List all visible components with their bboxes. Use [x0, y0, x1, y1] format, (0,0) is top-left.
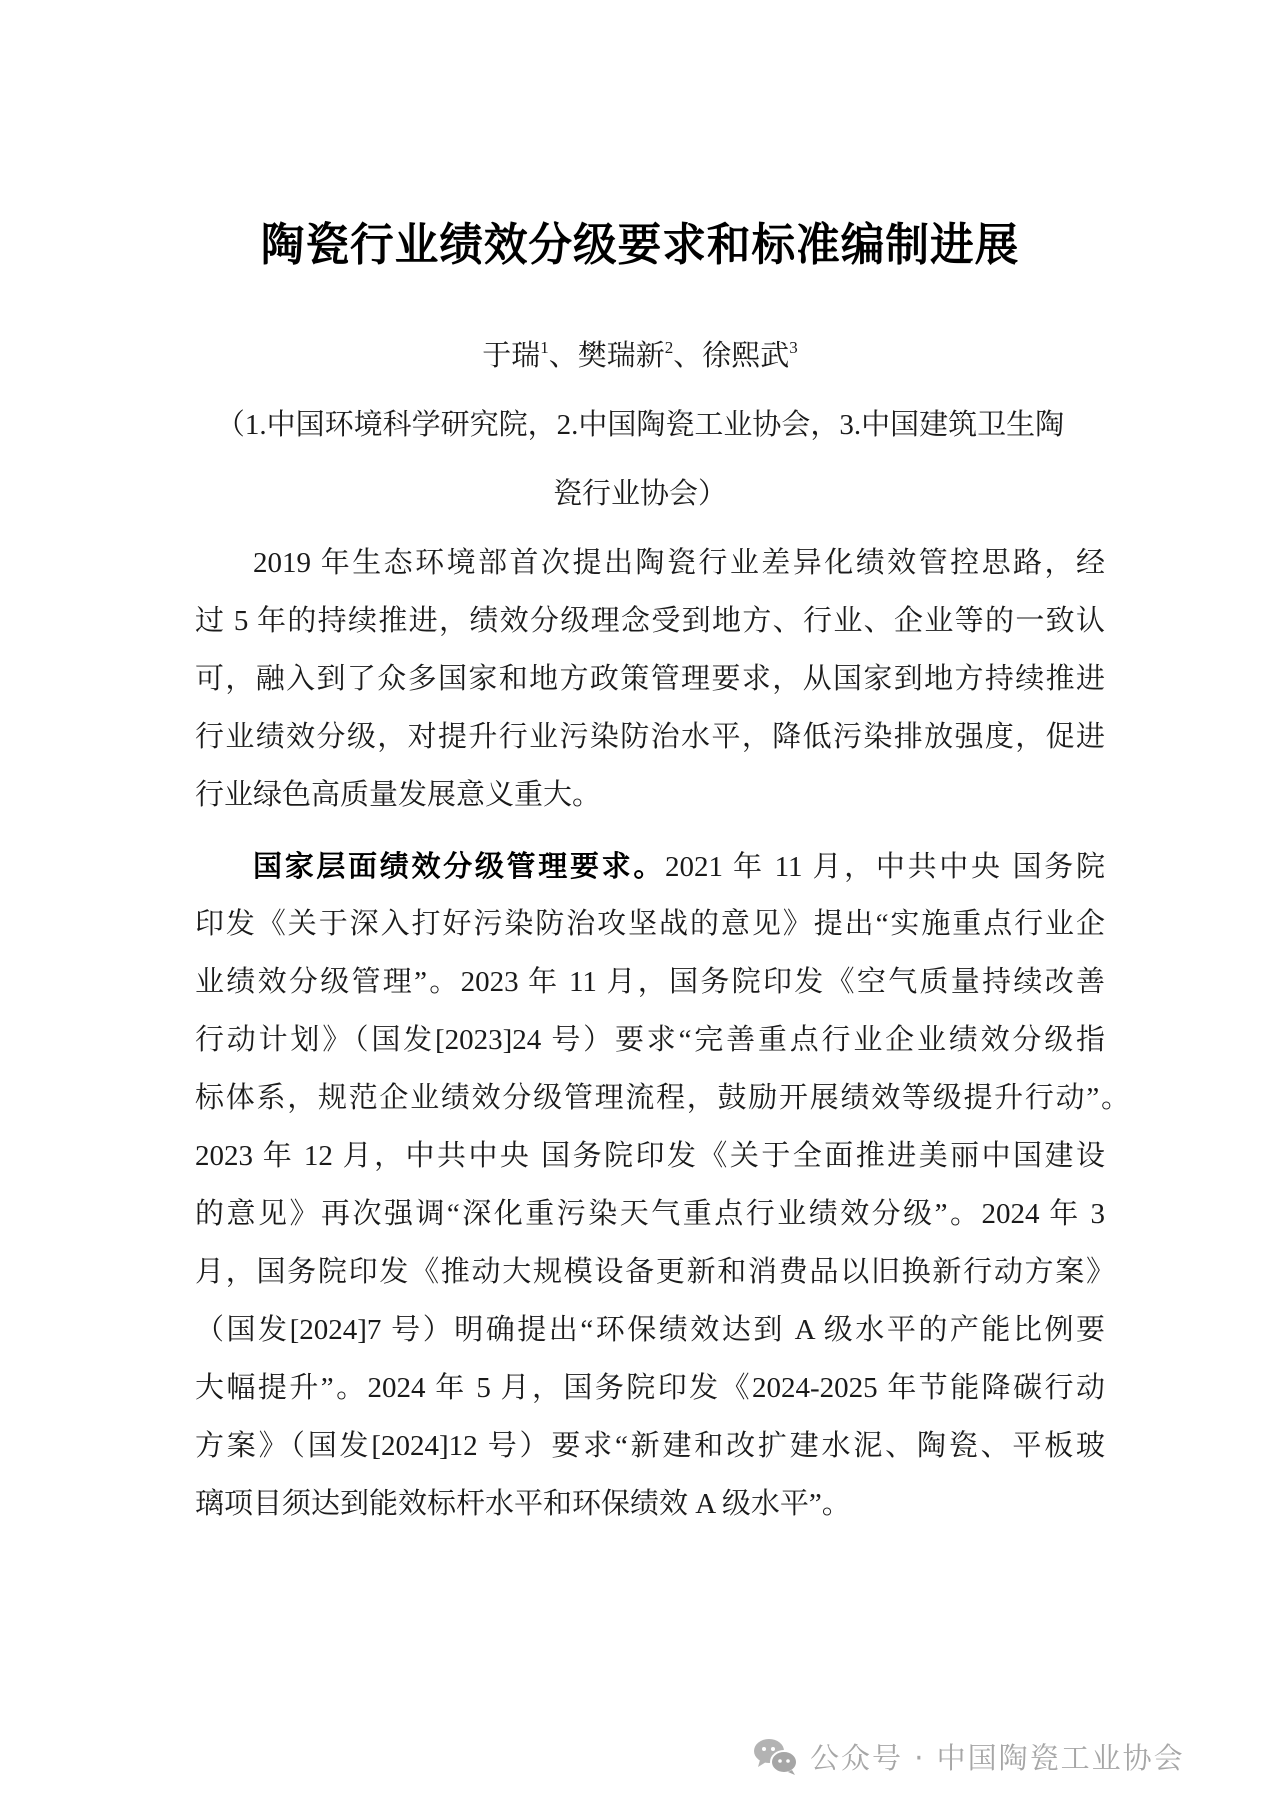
author-affiliation-marker: 1 [540, 338, 549, 357]
text-line: 2023 年 12 月，中共中央 国务院印发《关于全面推进美丽中国建设 [195, 1134, 1105, 1178]
text-line: 璃项目须达到能效标杆水平和环保绩效 A 级水平”。 [195, 1482, 1105, 1526]
author-separator: 、 [673, 340, 702, 372]
text-line: 印发《关于深入打好污染防治攻坚战的意见》提出“实施重点行业企 [195, 902, 1105, 946]
author-list: 于瑞1、樊瑞新2、徐熙武3 [0, 334, 1280, 378]
author-separator: 、 [549, 340, 578, 372]
article-title: 陶瓷行业绩效分级要求和标准编制进展 [19, 213, 1261, 277]
watermark-text: 公众号 · 中国陶瓷工业协会 [810, 1736, 1185, 1777]
text-line: 国家层面绩效分级管理要求。2021 年 11 月，中共中央 国务院 [253, 844, 1105, 889]
text-line: 2019 年生态环境部首次提出陶瓷行业差异化绩效管控思路，经 [253, 541, 1105, 585]
author-affiliation-marker: 2 [665, 338, 674, 357]
author-affiliation-marker: 3 [789, 338, 798, 357]
text-line: 行业绿色高质量发展意义重大。 [195, 773, 1105, 817]
text-line: 方案》（国发[2024]12 号）要求“新建和改扩建水泥、陶瓷、平板玻 [195, 1424, 1105, 1468]
author-name: 樊瑞新 [578, 340, 665, 372]
text-line: 月，国务院印发《推动大规模设备更新和消费品以旧换新行动方案》 [195, 1250, 1115, 1294]
author-name: 于瑞 [482, 340, 540, 372]
wechat-watermark: 公众号 · 中国陶瓷工业协会 [752, 1733, 1185, 1779]
text-line: （国发[2024]7 号）明确提出“环保绩效达到 A 级水平的产能比例要 [195, 1308, 1105, 1352]
wechat-icon [752, 1736, 800, 1776]
text-line: 行动计划》（国发[2023]24 号）要求“完善重点行业企业绩效分级指 [195, 1018, 1105, 1062]
affiliations-line-1: （1.中国环境科学研究院，2.中国陶瓷工业协会，3.中国建筑卫生陶 [0, 403, 1280, 447]
text-line: 行业绩效分级，对提升行业污染防治水平，降低污染排放强度，促进 [195, 715, 1105, 759]
author-name: 徐熙武 [702, 340, 789, 372]
text-line: 的意见》再次强调“深化重污染天气重点行业绩效分级”。2024 年 3 [195, 1192, 1105, 1236]
text-line: 大幅提升”。2024 年 5 月，国务院印发《2024-2025 年节能降碳行动 [195, 1366, 1105, 1410]
text-line: 业绩效分级管理”。2023 年 11 月，国务院印发《空气质量持续改善 [195, 960, 1105, 1004]
text-line: 可，融入到了众多国家和地方政策管理要求，从国家到地方持续推进 [195, 657, 1105, 701]
text-line: 过 5 年的持续推进，绩效分级理念受到地方、行业、企业等的一致认 [195, 599, 1105, 643]
section-lead-text: 2021 年 11 月，中共中央 国务院 [665, 851, 1105, 883]
text-line: 标体系，规范企业绩效分级管理流程，鼓励开展绩效等级提升行动”。 [195, 1076, 1130, 1120]
affiliations-line-2: 瓷行业协会） [0, 472, 1280, 516]
section-lead-heading: 国家层面绩效分级管理要求。 [253, 849, 665, 883]
document-page: 陶瓷行业绩效分级要求和标准编制进展 于瑞1、樊瑞新2、徐熙武3 （1.中国环境科… [0, 0, 1280, 1809]
